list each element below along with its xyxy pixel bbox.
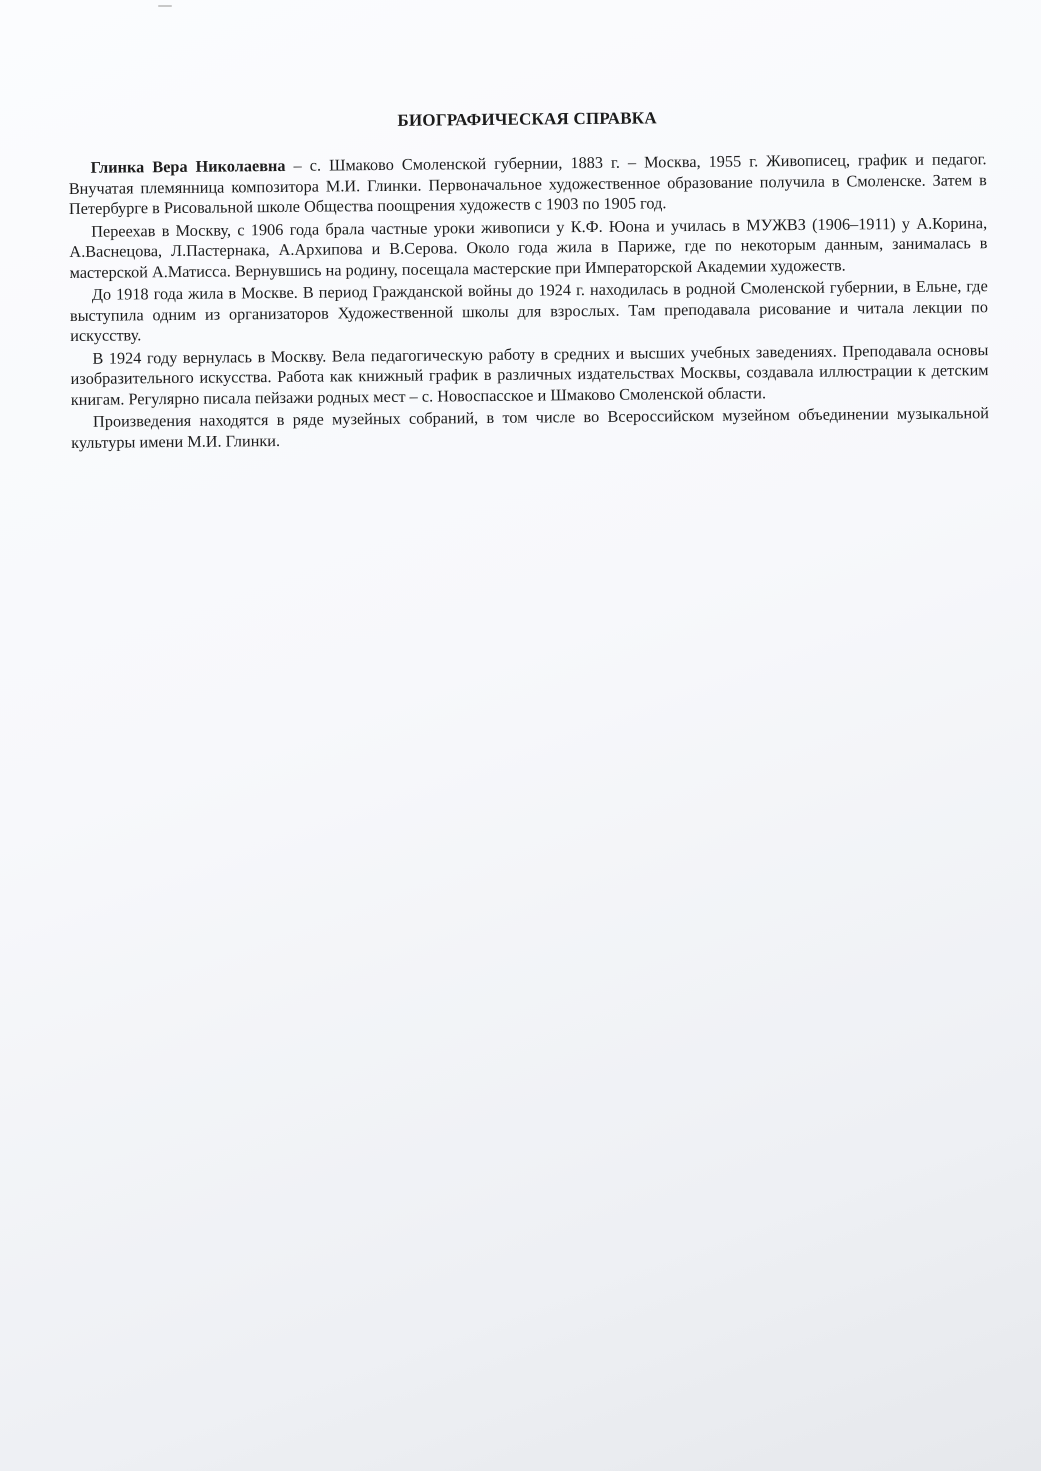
paper-mark [158,5,172,7]
person-name: Глинка Вера Николаевна [90,156,285,177]
paragraph-3: До 1918 года жила в Москве. В период Гра… [70,276,989,346]
document-page: БИОГРАФИЧЕСКАЯ СПРАВКА Глинка Вера Никол… [68,99,989,455]
paragraph-1: Глинка Вера Николаевна – с. Шмаково Смол… [68,149,987,219]
paragraph-4: В 1924 году вернулась в Москву. Вела пед… [70,340,989,410]
document-title: БИОГРАФИЧЕСКАЯ СПРАВКА [68,105,986,134]
paragraph-2: Переехав в Москву, с 1906 года брала час… [69,213,988,283]
paragraph-5: Произведения находятся в ряде музейных с… [71,403,989,453]
